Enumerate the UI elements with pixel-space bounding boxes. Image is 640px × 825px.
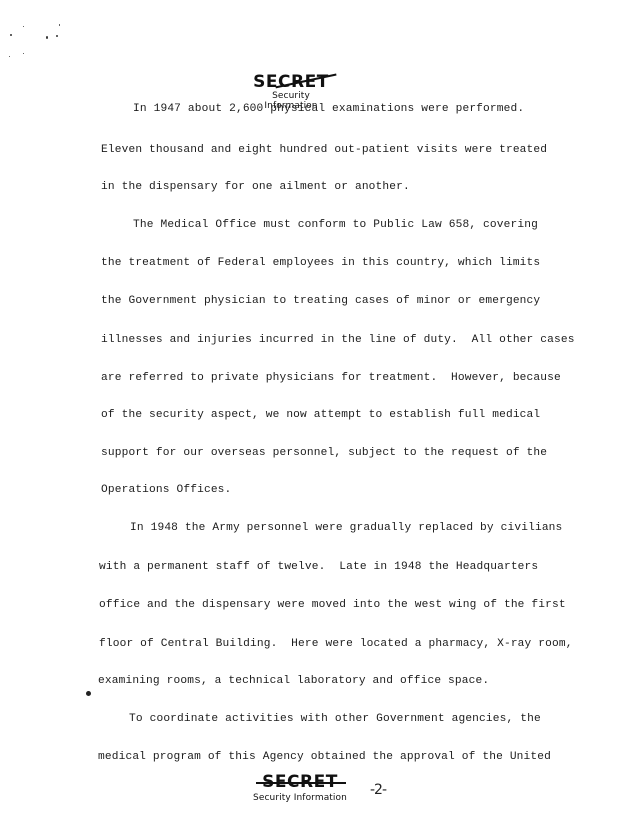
text-line: To coordinate activities with other Gove…: [129, 712, 541, 726]
text-line: In 1948 the Army personnel were graduall…: [130, 521, 562, 535]
scan-speck: [56, 35, 58, 37]
classification-stamp-bottom: SECRET Security Information: [250, 772, 350, 803]
text-line: the treatment of Federal employees in th…: [101, 256, 540, 270]
text-line: of the security aspect, we now attempt t…: [101, 408, 540, 422]
margin-mark: [86, 691, 91, 696]
text-line: office and the dispensary were moved int…: [99, 598, 566, 612]
text-line: medical program of this Agency obtained …: [98, 750, 551, 764]
document-page: SECRET Security Information In 1947 abou…: [0, 0, 640, 825]
strikethrough-mark: [256, 782, 346, 784]
text-line: The Medical Office must conform to Publi…: [133, 218, 538, 232]
text-line: in the dispensary for one ailment or ano…: [101, 180, 410, 194]
scan-speck: [46, 36, 48, 39]
text-line: the Government physician to treating cas…: [101, 294, 540, 308]
text-line: floor of Central Building. Here were loc…: [99, 637, 573, 651]
page-number: -2-: [370, 782, 386, 798]
scan-speck: [23, 53, 24, 54]
text-line: Operations Offices.: [101, 483, 231, 497]
classification-label: SECRET: [262, 773, 338, 791]
text-line: examining rooms, a technical laboratory …: [98, 674, 489, 688]
classification-label: SECRET: [253, 73, 329, 91]
text-line: are referred to private physicians for t…: [101, 371, 561, 385]
scan-speck: [9, 56, 10, 57]
scan-speck: [10, 34, 12, 36]
text-line: In 1947 about 2,600 physical examination…: [133, 102, 524, 116]
scan-speck: [23, 26, 24, 27]
text-line: illnesses and injuries incurred in the l…: [101, 333, 575, 347]
text-line: with a permanent staff of twelve. Late i…: [99, 560, 538, 574]
text-line: support for our overseas personnel, subj…: [101, 446, 547, 460]
text-line: Eleven thousand and eight hundred out-pa…: [101, 143, 547, 157]
scan-speck: [59, 24, 60, 26]
classification-subtitle: Security Information: [250, 793, 350, 803]
